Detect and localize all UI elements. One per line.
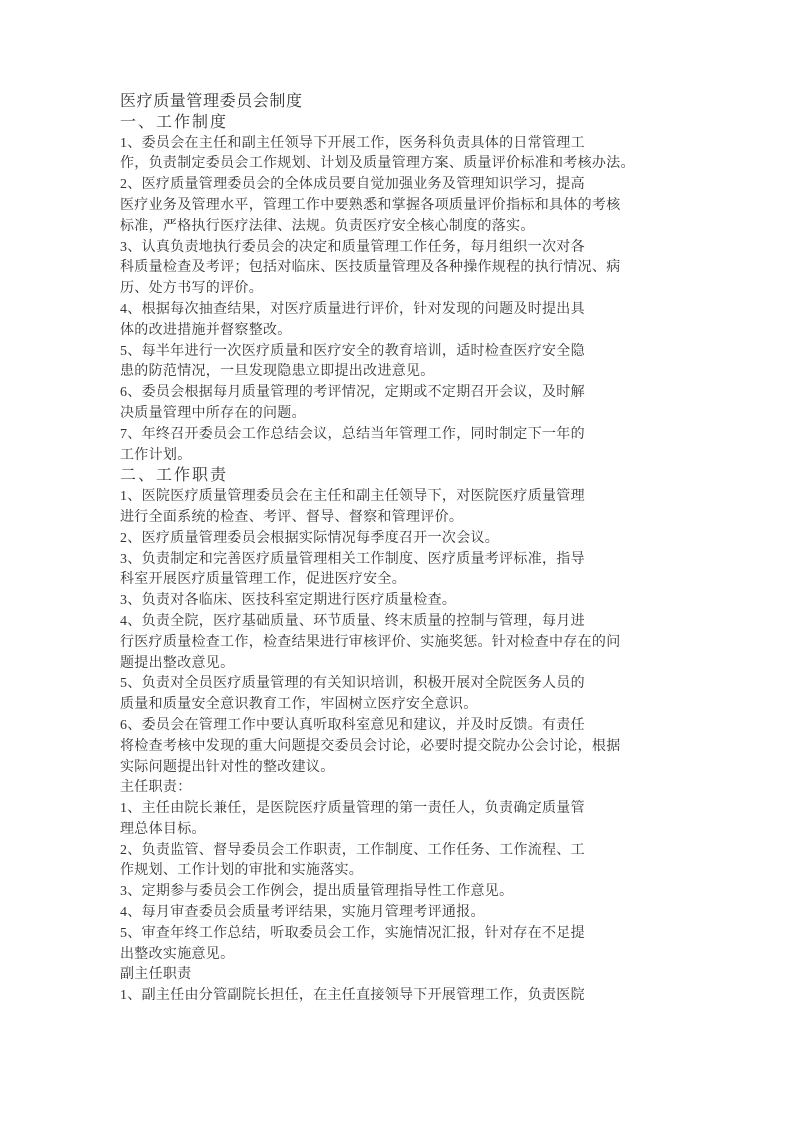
text-line: 6、委员会根据每月质量管理的考评情况，定期或不定期召开会议，及时解	[120, 383, 720, 404]
text-line: 7、年终召开委员会工作总结会议，总结当年管理工作，同时制定下一年的	[120, 425, 720, 446]
text-line: 进行全面系统的检查、考评、督导、督察和管理评价。	[120, 508, 720, 529]
text-line: 3、定期参与委员会工作例会，提出质量管理指导性工作意见。	[120, 882, 720, 903]
text-line: 将检查考核中发现的重大问题提交委员会讨论，必要时提交院办公会讨论，根据	[120, 737, 720, 758]
text-line: 1、医院医疗质量管理委员会在主任和副主任领导下，对医院医疗质量管理	[120, 487, 720, 508]
text-line: 作，负责制定委员会工作规划、计划及质量管理方案、质量评价标准和考核办法。	[120, 154, 720, 175]
text-line: 患的防范情况，一旦发现隐患立即提出改进意见。	[120, 362, 720, 383]
section-heading: 二、工作职责	[120, 466, 720, 487]
text-line: 5、每半年进行一次医疗质量和医疗安全的教育培训，适时检查医疗安全隐	[120, 342, 720, 363]
text-line: 1、委员会在主任和副主任领导下开展工作，医务科负责具体的日常管理工	[120, 134, 720, 155]
document-title: 医疗质量管理委员会制度	[120, 92, 720, 113]
text-line: 4、每月审查委员会质量考评结果，实施月管理考评通报。	[120, 903, 720, 924]
text-line: 理总体目标。	[120, 820, 720, 841]
text-line: 科室开展医疗质量管理工作，促进医疗安全。	[120, 570, 720, 591]
text-line: 5、负责对全员医疗质量管理的有关知识培训，积极开展对全院医务人员的	[120, 674, 720, 695]
text-line: 历、处方书写的评价。	[120, 279, 720, 300]
text-line: 体的改进措施并督察整改。	[120, 321, 720, 342]
text-line: 1、主任由院长兼任，是医院医疗质量管理的第一责任人，负责确定质量管	[120, 799, 720, 820]
text-line: 副主任职责	[120, 965, 720, 986]
text-line: 出整改实施意见。	[120, 945, 720, 966]
document-page: 医疗质量管理委员会制度一、工作制度1、委员会在主任和副主任领导下开展工作，医务科…	[0, 0, 793, 1122]
text-line: 4、负责全院，医疗基础质量、环节质量、终末质量的控制与管理，每月进	[120, 612, 720, 633]
text-line: 质量和质量安全意识教育工作，牢固树立医疗安全意识。	[120, 695, 720, 716]
text-line: 6、委员会在管理工作中要认真听取科室意见和建议，并及时反馈。有责任	[120, 716, 720, 737]
text-line: 决质量管理中所存在的问题。	[120, 404, 720, 425]
text-line: 科质量检查及考评；包括对临床、医技质量管理及各种操作规程的执行情况、病	[120, 258, 720, 279]
text-line: 3、负责对各临床、医技科室定期进行医疗质量检查。	[120, 591, 720, 612]
text-line: 2、负责监管、督导委员会工作职责，工作制度、工作任务、工作流程、工	[120, 841, 720, 862]
text-line: 标准，严格执行医疗法律、法规。负责医疗安全核心制度的落实。	[120, 217, 720, 238]
text-line: 3、认真负责地执行委员会的决定和质量管理工作任务，每月组织一次对各	[120, 238, 720, 259]
text-line: 主任职责：	[120, 778, 720, 799]
text-line: 行医疗质量检查工作，检查结果进行审核评价、实施奖惩。针对检查中存在的问	[120, 633, 720, 654]
text-line: 5、审查年终工作总结，听取委员会工作，实施情况汇报，针对存在不足提	[120, 924, 720, 945]
text-line: 医疗业务及管理水平，管理工作中要熟悉和掌握各项质量评价指标和具体的考核	[120, 196, 720, 217]
section-heading: 一、工作制度	[120, 113, 720, 134]
text-line: 4、根据每次抽查结果，对医疗质量进行评价，针对发现的问题及时提出具	[120, 300, 720, 321]
text-line: 2、医疗质量管理委员会的全体成员要自觉加强业务及管理知识学习，提高	[120, 175, 720, 196]
text-line: 题提出整改意见。	[120, 654, 720, 675]
document-body: 医疗质量管理委员会制度一、工作制度1、委员会在主任和副主任领导下开展工作，医务科…	[120, 92, 720, 1007]
text-line: 1、副主任由分管副院长担任，在主任直接领导下开展管理工作，负责医院	[120, 986, 720, 1007]
text-line: 作规划、工作计划的审批和实施落实。	[120, 861, 720, 882]
text-line: 实际问题提出针对性的整改建议。	[120, 758, 720, 779]
text-line: 3、负责制定和完善医疗质量管理相关工作制度、医疗质量考评标准，指导	[120, 550, 720, 571]
text-line: 工作计划。	[120, 446, 720, 467]
text-line: 2、医疗质量管理委员会根据实际情况每季度召开一次会议。	[120, 529, 720, 550]
